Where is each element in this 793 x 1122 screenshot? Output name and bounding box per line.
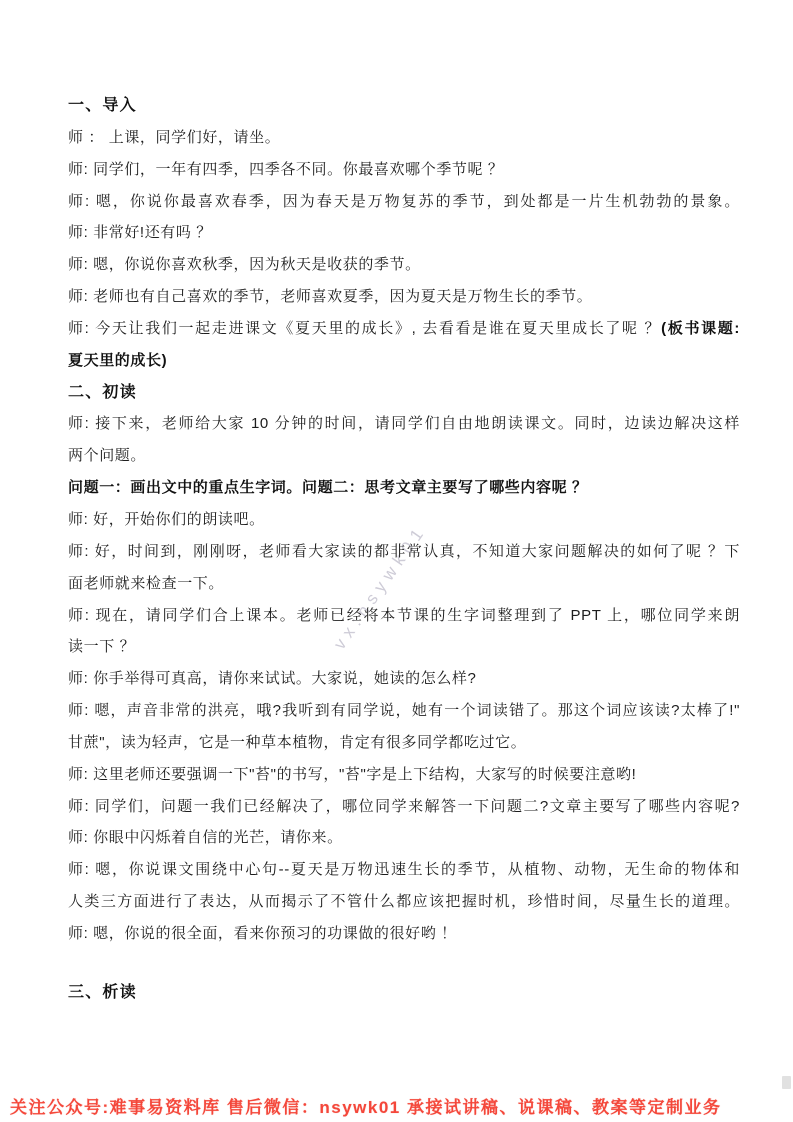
- footer-promo-text: 关注公众号:难事易资料库 售后微信：nsywk01 承接试讲稿、说课稿、教案等定…: [10, 1093, 793, 1118]
- script-line: 面老师就来检查一下。: [68, 568, 740, 600]
- script-line: 师: 好，开始你们的朗读吧。: [68, 504, 740, 536]
- page-edge-artifact: [782, 1076, 791, 1089]
- script-line: 两个问题。: [68, 440, 740, 472]
- script-line: 师: 今天让我们一起走进课文《夏天里的成长》, 去看看是谁在夏天里成长了呢 ？(…: [68, 313, 740, 345]
- script-line-normal-part: 师: 今天让我们一起走进课文《夏天里的成长》, 去看看是谁在夏天里成长了呢 ？: [68, 320, 661, 337]
- script-line: 师: 好，时间到，刚刚呀，老师看大家读的都非常认真，不知道大家问题解决的如何了呢…: [68, 536, 740, 568]
- script-line: 师: 嗯，你说你喜欢秋季，因为秋天是收获的季节。: [68, 249, 740, 281]
- script-line: 读一下 ？: [68, 631, 740, 663]
- script-line: 夏天里的成长): [68, 345, 740, 377]
- script-line: 甘蔗"，读为轻声，它是一种草本植物，肯定有很多同学都吃过它。: [68, 727, 740, 759]
- script-line: 师: 嗯，你说课文围绕中心句--夏天是万物迅速生长的季节，从植物、动物，无生命的…: [68, 854, 740, 886]
- script-line: 师: 这里老师还要强调一下"苔"的书写，"苔"字是上下结构，大家写的时候要注意哟…: [68, 759, 740, 791]
- script-line: 师: 接下来，老师给大家 10 分钟的时间，请同学们自由地朗读课文。同时，边读边…: [68, 408, 740, 440]
- script-line: 师: 你眼中闪烁着自信的光芒，请你来。: [68, 822, 740, 854]
- script-line: 师: 嗯，你说你最喜欢春季，因为春天是万物复苏的季节，到处都是一片生机勃勃的景象…: [68, 186, 740, 218]
- script-line: 师: 非常好!还有吗 ？: [68, 217, 740, 249]
- script-lines: 一、导入师 ： 上课，同学们好，请坐。师: 同学们，一年有四季，四季各不同。你最…: [68, 90, 740, 1009]
- script-line: 师: 嗯，声音非常的洪亮，哦?我听到有同学说，她有一个词读错了。那这个词应该读?…: [68, 695, 740, 727]
- section-heading: 三、析读: [68, 977, 740, 1009]
- script-line-bold-part: (板书课题:: [661, 320, 740, 337]
- script-line: 师: 现在，请同学们合上课本。老师已经将本节课的生字词整理到了 PPT 上，哪位…: [68, 600, 740, 632]
- blank-line: [68, 950, 740, 977]
- script-line: 师: 你手举得可真高，请你来试试。大家说，她读的怎么样?: [68, 663, 740, 695]
- script-line: 人类三方面进行了表达，从而揭示了不管什么都应该把握时机，珍惜时间，尽量生长的道理…: [68, 886, 740, 918]
- script-line: 问题一：画出文中的重点生字词。问题二：思考文章主要写了哪些内容呢 ？: [68, 472, 740, 504]
- section-heading: 二、初读: [68, 377, 740, 409]
- document-page: vx:nsywk01 一、导入师 ： 上课，同学们好，请坐。师: 同学们，一年有…: [0, 0, 793, 1122]
- script-line: 师 ： 上课，同学们好，请坐。: [68, 122, 740, 154]
- script-line: 师: 同学们，问题一我们已经解决了，哪位同学来解答一下问题二?文章主要写了哪些内…: [68, 791, 740, 823]
- script-line: 师: 同学们，一年有四季，四季各不同。你最喜欢哪个季节呢 ？: [68, 154, 740, 186]
- script-line: 师: 嗯，你说的很全面，看来你预习的功课做的很好哟 ！: [68, 918, 740, 950]
- section-heading: 一、导入: [68, 90, 740, 122]
- script-line: 师: 老师也有自己喜欢的季节，老师喜欢夏季，因为夏天是万物生长的季节。: [68, 281, 740, 313]
